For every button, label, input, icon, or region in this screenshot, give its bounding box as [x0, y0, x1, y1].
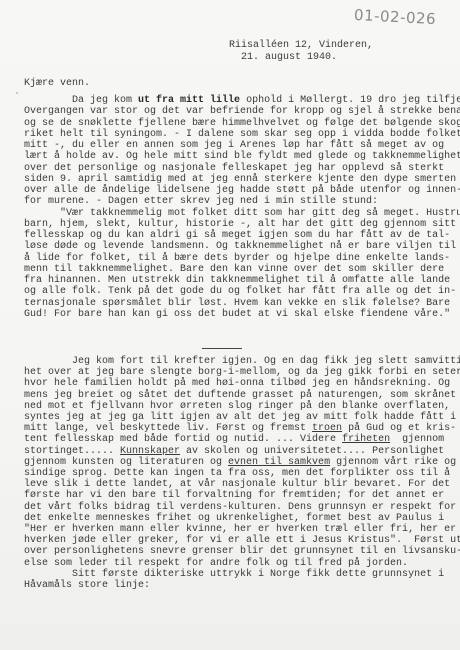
text-line: første har vi den bare til forvaltning f…	[24, 490, 444, 501]
text-line: og se de snøklette fjellene bære himmelh…	[24, 118, 460, 129]
text-line: hvor hele familien holdt på med høi-onna…	[24, 378, 450, 389]
text-line: og alle folk. Tenk på det gode du og fol…	[24, 286, 456, 297]
text-line: leve slik i dette landet, at vår nasjona…	[24, 479, 450, 490]
text-line: Sitt første dikteriske uttrykk i Norge f…	[24, 569, 444, 580]
text-line: mitt lange, vel beskyttede liv. Først og…	[24, 423, 456, 434]
text-line: else som leder til respekt for andre fol…	[24, 558, 408, 569]
text-line: fra hinannen. Men utstrekk din takknemme…	[24, 275, 450, 286]
section-separator	[202, 348, 242, 349]
text-line: menn til takknemmelighet. Bare den kan v…	[24, 264, 444, 275]
text-line: fellesskap og du kan aldri gi så meget i…	[24, 230, 450, 241]
paper-speck	[16, 92, 18, 94]
text-line: "Her er hverken mann eller kvinne, her e…	[24, 524, 456, 535]
text-line: mitt -, du eller en annen som jeg i Aren…	[24, 140, 444, 151]
text-line: Håvamåls store linje:	[24, 580, 150, 591]
text-line: "Vær takknemmelig mot folket ditt som ha…	[24, 208, 460, 219]
salutation: Kjære venn.	[24, 78, 90, 89]
text-line: ned mot et fjellvann hvor ørreten slog r…	[24, 401, 450, 412]
text-line: barn, hjem, slekt, kultur, historie -, a…	[24, 219, 456, 230]
text-line: mens jeg breiet og såtet det duftende gr…	[24, 390, 456, 401]
text-line: Jeg kom fort til krefter igjen. Og en da…	[24, 356, 460, 367]
text-line: det vårt folks bidrag til verdens-kultur…	[24, 502, 456, 513]
text-line: Da jeg kom ut fra mitt lille ophold i Mø…	[24, 95, 460, 106]
sender-address: Riisalléen 12, Vinderen,	[229, 40, 373, 51]
letter-date: 21. august 1940.	[241, 52, 337, 63]
text-line: Overgangen var stor og det var befriende…	[24, 106, 460, 117]
text-line: det enkelte menneskes frihet og ukrenkel…	[24, 513, 444, 524]
text-line: syntes jeg at jeg ga litt igjen av alt d…	[24, 412, 456, 423]
text-line: het over at jeg bare slengte borg-i-mell…	[24, 367, 460, 378]
archive-number-handwritten: 01-02-026	[354, 6, 437, 28]
text-line: siden 9. april samtidig med at jeg ennå …	[24, 174, 456, 185]
text-line: over alle de åndelige lidelsene jeg hadd…	[24, 185, 460, 196]
text-line: over det personlige og nasjonale fellesk…	[24, 163, 444, 174]
text-line: lært å holde av. Og hele mitt sind ble f…	[24, 151, 460, 162]
text-line: løse døde og levende landsmenn. Og takkn…	[24, 241, 456, 252]
letter-page: 01-02-026 Riisalléen 12, Vinderen, 21. a…	[0, 0, 460, 650]
text-line: å lide for folket, til å bære dets byrde…	[24, 253, 450, 264]
text-line: stortinget..... Kunnskaper av skolen og …	[24, 446, 444, 457]
text-line: riket helt til syningom. - I dalene som …	[24, 129, 460, 140]
text-line: hverken jøde eller greker, for vi er all…	[24, 535, 460, 546]
text-line: for murene. - Dagen etter skrev jeg ned …	[24, 196, 378, 207]
text-line: over personlighetens snevre grenser blir…	[24, 546, 460, 557]
text-line: Gud! For bare han kan gi oss det budet a…	[24, 309, 450, 320]
text-line: tent fellesskap med både fortid og nutid…	[24, 434, 444, 445]
text-line: sindige sprog. Dette kan ingen ta fra os…	[24, 468, 450, 479]
text-line: ternasjonale spørsmålet blir løst. Hvem …	[24, 298, 450, 309]
text-line: gjennom kunsten og literaturen og evnen …	[24, 457, 456, 468]
